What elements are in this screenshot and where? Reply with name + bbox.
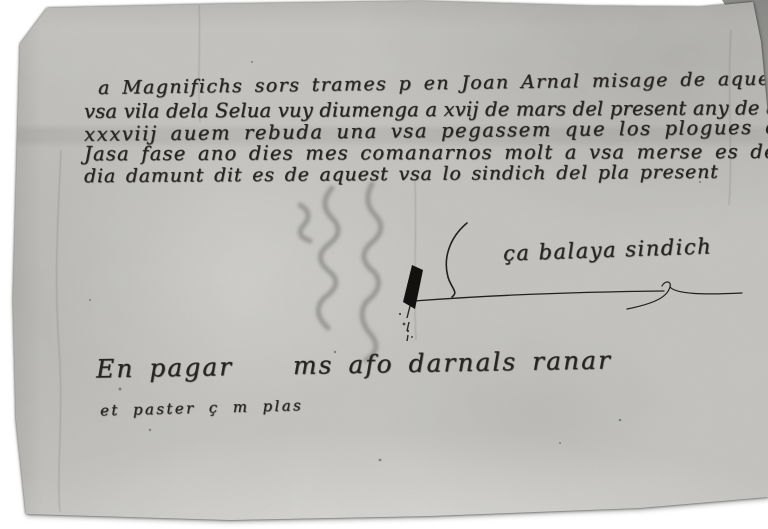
hooked-check-flourish — [627, 282, 742, 309]
reverse-side-ink-bleed — [300, 184, 381, 360]
ink-spatter-dots — [399, 313, 413, 338]
signature-bracket-flourish — [446, 223, 467, 297]
scanned-document: a Magnifichs sors trames p en Joan Arnal… — [0, 0, 768, 529]
bleed-column-1 — [318, 188, 338, 328]
manuscript-line-5: dia damunt dit es de aquest vsa lo sindi… — [84, 161, 719, 187]
crease-left-vertical — [57, 150, 61, 512]
ink-blot-body — [403, 265, 423, 309]
paper-shadow-wrap: a Magnifichs sors trames p en Joan Arnal… — [0, 0, 768, 529]
ink-blot — [399, 265, 423, 341]
bleed-column-2 — [362, 184, 381, 360]
crease-mid-vertical — [415, 180, 416, 340]
bleed-loop — [300, 205, 310, 241]
ink-drip-trail — [407, 306, 410, 341]
paper-sheet: a Magnifichs sors trames p en Joan Arnal… — [0, 0, 768, 529]
long-horizontal-pen-stroke — [414, 291, 664, 301]
